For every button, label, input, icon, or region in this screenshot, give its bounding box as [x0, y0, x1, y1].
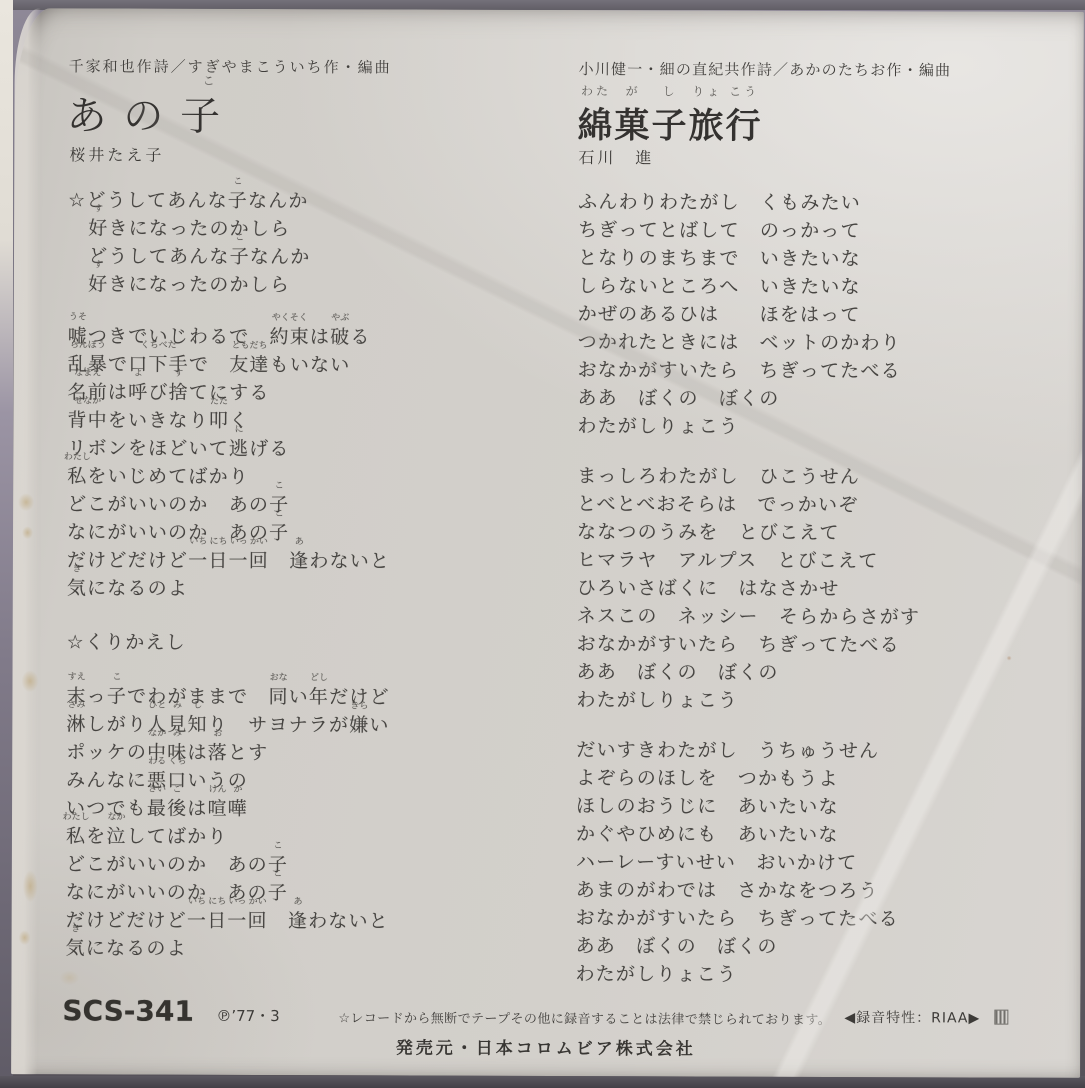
lyric-line: おなかがすいたら ちぎってたべる: [576, 904, 1076, 934]
lyric-line: なにがいいのか あの子こ: [66, 878, 566, 908]
lyric-line: わたがしりょこう: [576, 686, 1076, 716]
lyric-line: 私わたしを泣なかしてばかり: [66, 822, 566, 852]
right-song-title: 綿わた菓が子し旅りょ行こう: [577, 98, 762, 149]
lyric-line: どうしてあんな子こなんか: [68, 242, 568, 272]
lyric-line: 好すきになったのかしら: [68, 270, 568, 300]
right-song-artist: 石川 進: [578, 145, 654, 168]
right-song-lyrics: ふんわりわたがし くもみたいちぎってとばして のっかってとなりのまちまで いきた…: [575, 188, 1078, 1012]
lyric-line: どこがいいのか あの子こ: [67, 490, 567, 520]
lyric-line: ハーレーすいせい おいかけて: [576, 848, 1076, 878]
lyric-line: ななつのうみを とびこえて: [577, 518, 1077, 548]
lyric-line: ほしのおうじに あいたいな: [576, 792, 1076, 822]
record-association-mark-icon: [994, 1010, 1008, 1025]
lyric-line: ああ ぼくの ぼくの: [576, 932, 1076, 962]
lyric-line: となりのまちまで いきたいな: [578, 244, 1078, 274]
lyric-line: ふんわりわたがし くもみたい: [578, 188, 1078, 218]
lyric-stanza: 嘘うそつきでいじわるで 約束やくそくは破やぶる乱暴らんぼうで口下手くちべたで 友…: [67, 322, 568, 604]
lyric-line: まっしろわたがし ひこうせん: [577, 462, 1077, 492]
lyric-line: わたがしりょこう: [577, 412, 1077, 442]
lyric-line: ネスこの ネッシー そらからさがす: [577, 602, 1077, 632]
lyric-stanza: ☆どうしてあんな子こなんか 好すきになったのかしら どうしてあんな子こなんか 好…: [68, 186, 568, 300]
left-song-artist: 桜井たえ子: [69, 142, 164, 165]
paper-stain: [18, 493, 34, 511]
phonogram-date: ℗’77・3: [216, 1005, 279, 1026]
lyric-stanza: 末すえっ子こでわがままで 同おない年どしだけど淋さみしがり人ひと見み知しり サヨ…: [66, 682, 567, 964]
lyric-line: ☆どうしてあんな子こなんか: [68, 186, 568, 216]
lyric-line: よぞらのほしを つかもうよ: [576, 764, 1076, 794]
lyric-line: かぐやひめにも あいたいな: [576, 820, 1076, 850]
left-song-lyrics: ☆どうしてあんな子こなんか 好すきになったのかしら どうしてあんな子こなんか 好…: [65, 186, 568, 988]
photo-background-bottom: [0, 1076, 1085, 1088]
paper-stain: [23, 870, 38, 902]
lyric-stanza: ☆くりかえし: [67, 628, 567, 658]
lyric-line: だけどだけど一いち日にち一いっ回かい 逢あわないと: [66, 906, 566, 936]
lyric-line: ちぎってとばして のっかって: [578, 216, 1078, 246]
lyric-line: 気きになるのよ: [67, 574, 567, 604]
lyric-line: かぜのあるひは ほをはって: [578, 300, 1078, 330]
lyric-line: リボンをほどいて逃にげる: [67, 434, 567, 464]
lyric-line: あまのがわでは さかなをつろう: [576, 876, 1076, 906]
paper-stain: [22, 526, 33, 539]
lyric-line: しらないところへ いきたいな: [578, 272, 1078, 302]
paper-stain: [21, 670, 38, 692]
paper-stain: [19, 930, 31, 945]
lyric-line: ☆くりかえし: [67, 628, 567, 658]
lyric-line: だいすきわたがし うちゅうせん: [576, 736, 1076, 766]
lyric-line: ヒマラヤ アルプス とびこえて: [577, 546, 1077, 576]
copyright-notice: ☆レコードから無断でテープその他に録音することは法律で禁じられております。: [338, 1007, 831, 1028]
lyric-stanza: ふんわりわたがし くもみたいちぎってとばして のっかってとなりのまちまで いきた…: [577, 188, 1078, 442]
lyric-line: ひろいさばくに はなさかせ: [577, 574, 1077, 604]
lyric-line: ああ ぼくの ぼくの: [577, 658, 1077, 688]
left-song-credit: 千家和也作詩／すぎやまこういち作・編曲: [69, 55, 392, 77]
lyric-line: 淋さみしがり人ひと見み知しり サヨナラが嫌きらい: [66, 710, 566, 740]
lyric-line: わたがしりょこう: [575, 960, 1075, 990]
photo-frame: 千家和也作詩／すぎやまこういち作・編曲 あの子こ 桜井たえ子 小川健一・細の直紀…: [0, 0, 1085, 1088]
lyric-line: みんなに悪わる口くちいうの: [66, 766, 566, 796]
lyric-line: なにがいいのか あの子こ: [67, 518, 567, 548]
lyric-stanza: まっしろわたがし ひこうせんとべとべおそらは でっかいぞななつのうみを とびこえ…: [576, 462, 1077, 716]
lyric-line: おなかがすいたら ちぎってたべる: [577, 630, 1077, 660]
lyric-line: 好すきになったのかしら: [68, 214, 568, 244]
lyric-line: だけどだけど一いち日にち一いっ回かい 逢あわないと: [67, 546, 567, 576]
publisher-line: 発売元・日本コロムビア株式会社: [11, 1032, 1080, 1061]
lyric-line: いつでも最さい後ごは喧けん嘩か: [66, 794, 566, 824]
lyric-line: ポッケの中なか味みは落おとす: [66, 738, 566, 768]
lyric-line: 私わたしをいじめてばかり: [67, 462, 567, 492]
lyric-line: どこがいいのか あの子こ: [66, 850, 566, 880]
lyric-line: 末すえっ子こでわがままで 同おない年どしだけど: [66, 682, 566, 712]
lyric-line: とべとべおそらは でっかいぞ: [577, 490, 1077, 520]
right-song-credit: 小川健一・細の直紀共作詩／あかのたちお作・編曲: [579, 58, 952, 80]
lyric-stanza: だいすきわたがし うちゅうせんよぞらのほしを つかもうよほしのおうじに あいたい…: [575, 736, 1076, 990]
lyric-line: 背中せなかをいきなり叩たたく: [67, 406, 567, 436]
lyric-line: 気きになるのよ: [66, 934, 566, 964]
record-sleeve-back: 千家和也作詩／すぎやまこういち作・編曲 あの子こ 桜井たえ子 小川健一・細の直紀…: [11, 8, 1084, 1078]
lyric-line: おなかがすいたら ちぎってたべる: [578, 356, 1078, 386]
catalog-number: SCS-341: [62, 994, 194, 1027]
left-song-title: あの子こ: [66, 84, 237, 142]
recording-characteristic-label: ◀録音特性：RIAA▶: [844, 1007, 980, 1027]
lyric-line: つかれたときには ベットのかわり: [578, 328, 1078, 358]
lyric-line: ああ ぼくの ぼくの: [577, 384, 1077, 414]
lyric-line: 名前なまえは呼よび捨すてにする: [67, 378, 567, 408]
